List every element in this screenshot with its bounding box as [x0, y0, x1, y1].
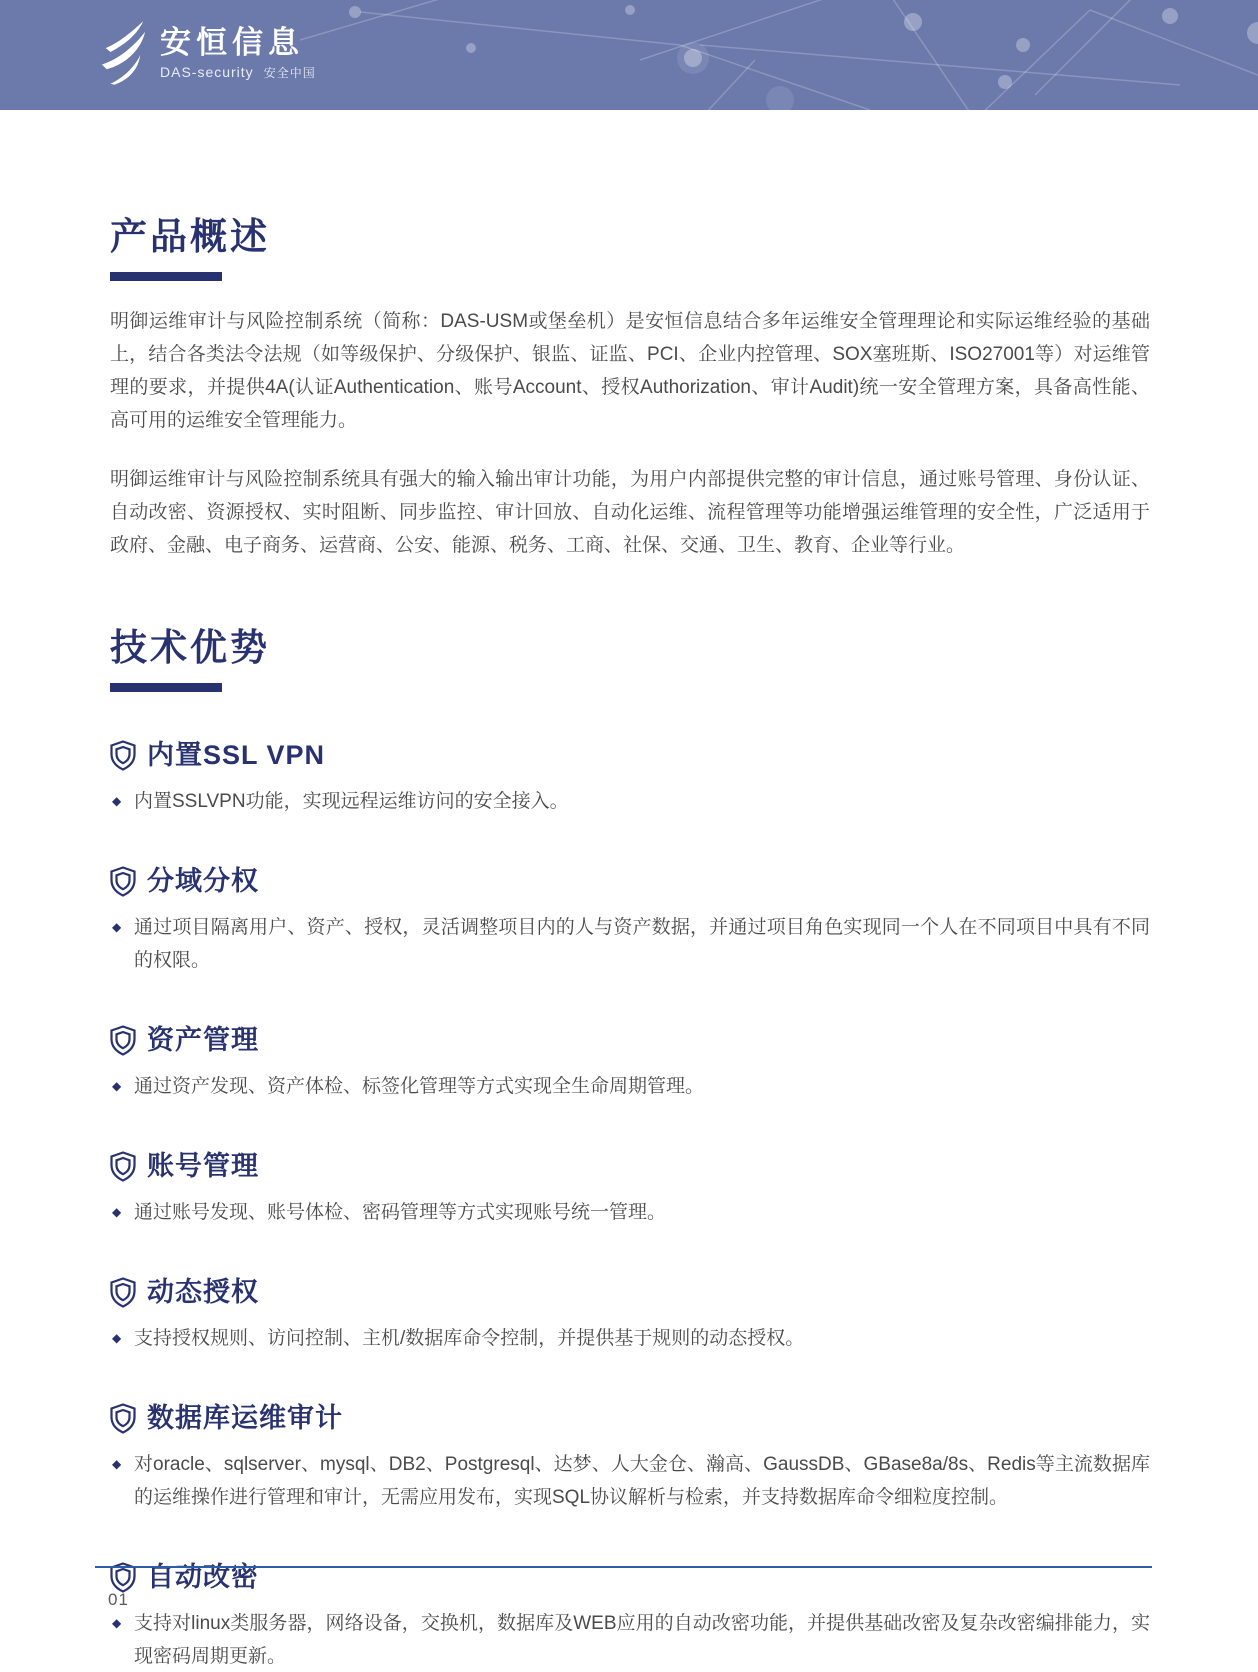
shield-icon — [110, 866, 136, 897]
feature-bullet: ◆ 对oracle、sqlserver、mysql、DB2、Postgresql… — [110, 1448, 1150, 1514]
feature-dynamic-authorization: 动态授权 ◆ 支持授权规则、访问控制、主机/数据库命令控制，并提供基于规则的动态… — [110, 1275, 1150, 1355]
feature-title: 资产管理 — [147, 1023, 259, 1057]
title-underline-bar — [110, 683, 222, 692]
feature-bullet: ◆ 通过资产发现、资产体检、标签化管理等方式实现全生命周期管理。 — [110, 1070, 1150, 1103]
feature-bullet: ◆ 通过账号发现、账号体检、密码管理等方式实现账号统一管理。 — [110, 1196, 1150, 1229]
overview-paragraph: 明御运维审计与风险控制系统具有强大的输入输出审计功能，为用户内部提供完整的审计信… — [110, 463, 1150, 562]
diamond-bullet-icon: ◆ — [110, 785, 134, 818]
brand-name-cn: 安恒信息 — [160, 24, 316, 62]
feature-bullet: ◆ 支持授权规则、访问控制、主机/数据库命令控制，并提供基于规则的动态授权。 — [110, 1322, 1150, 1355]
feature-auto-password-change: 自动改密 ◆ 支持对linux类服务器，网络设备，交换机，数据库及WEB应用的自… — [110, 1560, 1150, 1672]
brand-tagline: 安全中国 — [264, 64, 316, 81]
footer-divider — [95, 1566, 1152, 1568]
diamond-bullet-icon: ◆ — [110, 1448, 134, 1481]
logo-swoosh-icon — [98, 18, 148, 86]
company-logo: 安恒信息 DAS-security 安全中国 — [98, 18, 316, 86]
shield-icon — [110, 1025, 136, 1056]
brand-name-en: DAS-security — [160, 64, 254, 80]
feature-bullet: ◆ 支持对linux类服务器，网络设备，交换机，数据库及WEB应用的自动改密功能… — [110, 1607, 1150, 1672]
feature-ssl-vpn: 内置SSL VPN ◆ 内置SSLVPN功能，实现远程运维访问的安全接入。 — [110, 738, 1150, 818]
feature-title: 内置SSL VPN — [147, 738, 325, 772]
overview-paragraph: 明御运维审计与风险控制系统（简称：DAS-USM或堡垒机）是安恒信息结合多年运维… — [110, 305, 1150, 437]
section-tech-advantages: 技术优势 内置SSL VPN ◆ 内置SSLVPN功能，实现远程运维访问的安全 — [110, 626, 1150, 1672]
feature-title: 数据库运维审计 — [147, 1401, 343, 1435]
overview-title: 产品概述 — [110, 215, 1150, 259]
title-underline-bar — [110, 272, 222, 281]
header-band: 安恒信息 DAS-security 安全中国 — [0, 0, 1258, 110]
diamond-bullet-icon: ◆ — [110, 911, 134, 944]
diamond-bullet-icon: ◆ — [110, 1196, 134, 1229]
shield-icon — [110, 1151, 136, 1182]
feature-title: 账号管理 — [147, 1149, 259, 1183]
feature-title: 动态授权 — [147, 1275, 259, 1309]
diamond-bullet-icon: ◆ — [110, 1322, 134, 1355]
diamond-bullet-icon: ◆ — [110, 1607, 134, 1640]
page-number: 01 — [108, 1590, 129, 1610]
logo-text: 安恒信息 DAS-security 安全中国 — [160, 18, 316, 81]
tech-title: 技术优势 — [110, 626, 1150, 670]
feature-bullet: ◆ 内置SSLVPN功能，实现远程运维访问的安全接入。 — [110, 785, 1150, 818]
feature-bullet: ◆ 通过项目隔离用户、资产、授权，灵活调整项目内的人与资产数据，并通过项目角色实… — [110, 911, 1150, 977]
feature-database-ops-audit: 数据库运维审计 ◆ 对oracle、sqlserver、mysql、DB2、Po… — [110, 1401, 1150, 1514]
diamond-bullet-icon: ◆ — [110, 1070, 134, 1103]
feature-account-management: 账号管理 ◆ 通过账号发现、账号体检、密码管理等方式实现账号统一管理。 — [110, 1149, 1150, 1229]
feature-title: 分域分权 — [147, 864, 259, 898]
feature-domain-rights: 分域分权 ◆ 通过项目隔离用户、资产、授权，灵活调整项目内的人与资产数据，并通过… — [110, 864, 1150, 977]
feature-asset-management: 资产管理 ◆ 通过资产发现、资产体检、标签化管理等方式实现全生命周期管理。 — [110, 1023, 1150, 1103]
page-content: 产品概述 明御运维审计与风险控制系统（简称：DAS-USM或堡垒机）是安恒信息结… — [0, 110, 1258, 1672]
shield-icon — [110, 740, 136, 771]
section-product-overview: 产品概述 明御运维审计与风险控制系统（简称：DAS-USM或堡垒机）是安恒信息结… — [110, 110, 1150, 562]
shield-icon — [110, 1277, 136, 1308]
overview-paragraphs: 明御运维审计与风险控制系统（简称：DAS-USM或堡垒机）是安恒信息结合多年运维… — [110, 305, 1150, 562]
shield-icon — [110, 1403, 136, 1434]
feature-list: 内置SSL VPN ◆ 内置SSLVPN功能，实现远程运维访问的安全接入。 — [110, 738, 1150, 1672]
